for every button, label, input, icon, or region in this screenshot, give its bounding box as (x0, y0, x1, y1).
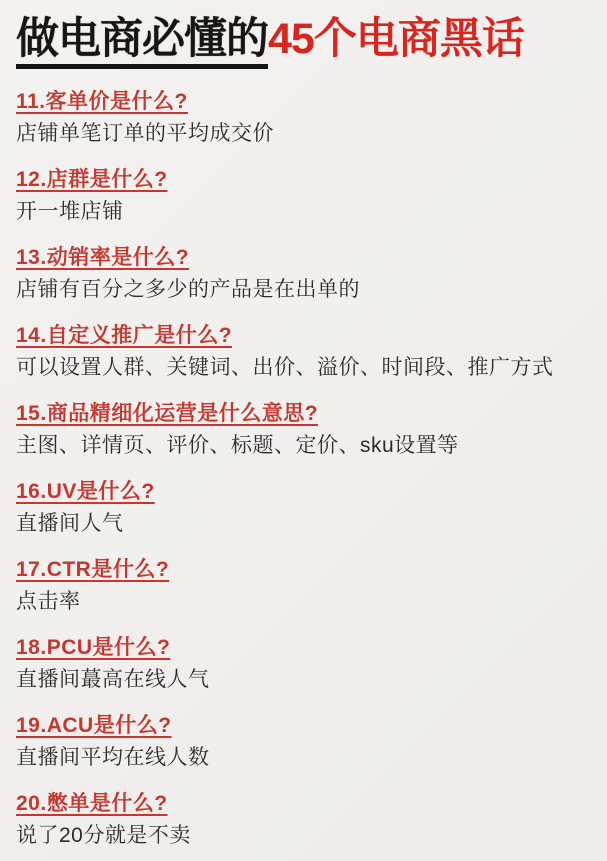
page-title-red-part: 45个电商黑话 (268, 15, 524, 63)
qa-question: 20.憋单是什么? (16, 791, 597, 817)
qa-answer: 可以设置人群、关键词、出价、溢价、时间段、推广方式 (16, 355, 597, 381)
qa-question: 13.动销率是什么? (16, 245, 597, 271)
qa-question: 12.店群是什么? (16, 167, 597, 193)
qa-question: 19.ACU是什么? (16, 713, 597, 739)
qa-answer: 直播间平均在线人数 (16, 745, 597, 771)
qa-item: 12.店群是什么? 开一堆店铺 (16, 167, 597, 225)
glossary-poster: 做电商必懂的45个电商黑话 11.客单价是什么? 店铺单笔订单的平均成交价 12… (0, 0, 607, 861)
qa-answer: 主图、详情页、评价、标题、定价、sku设置等 (16, 433, 597, 459)
qa-item: 13.动销率是什么? 店铺有百分之多少的产品是在出单的 (16, 245, 597, 303)
qa-item: 19.ACU是什么? 直播间平均在线人数 (16, 713, 597, 771)
qa-answer: 直播间蕞高在线人气 (16, 667, 597, 693)
qa-item: 14.自定义推广是什么? 可以设置人群、关键词、出价、溢价、时间段、推广方式 (16, 323, 597, 381)
qa-answer: 店铺单笔订单的平均成交价 (16, 121, 597, 147)
qa-question: 16.UV是什么? (16, 479, 597, 505)
qa-answer: 说了20分就是不卖 (16, 823, 597, 849)
qa-item: 16.UV是什么? 直播间人气 (16, 479, 597, 537)
qa-question: 17.CTR是什么? (16, 557, 597, 583)
page-title-black-part: 做电商必懂的 (16, 15, 268, 69)
qa-question: 14.自定义推广是什么? (16, 323, 597, 349)
qa-item: 17.CTR是什么? 点击率 (16, 557, 597, 615)
qa-item: 15.商品精细化运营是什么意思? 主图、详情页、评价、标题、定价、sku设置等 (16, 401, 597, 459)
qa-item: 18.PCU是什么? 直播间蕞高在线人气 (16, 635, 597, 693)
qa-answer: 店铺有百分之多少的产品是在出单的 (16, 277, 597, 303)
qa-item: 20.憋单是什么? 说了20分就是不卖 (16, 791, 597, 849)
qa-item: 11.客单价是什么? 店铺单笔订单的平均成交价 (16, 89, 597, 147)
qa-answer: 开一堆店铺 (16, 199, 597, 225)
page-title: 做电商必懂的45个电商黑话 (16, 12, 597, 68)
qa-answer: 直播间人气 (16, 511, 597, 537)
qa-answer: 点击率 (16, 589, 597, 615)
qa-question: 15.商品精细化运营是什么意思? (16, 401, 597, 427)
qa-question: 11.客单价是什么? (16, 89, 597, 115)
qa-question: 18.PCU是什么? (16, 635, 597, 661)
qa-list: 11.客单价是什么? 店铺单笔订单的平均成交价 12.店群是什么? 开一堆店铺 … (16, 89, 597, 849)
